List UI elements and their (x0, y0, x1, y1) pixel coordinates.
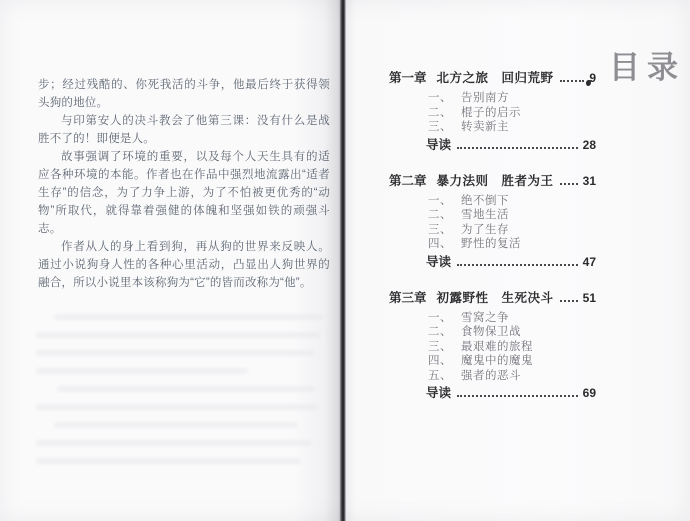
toc-chapter-heading: 第一章 北方之旅 回归荒野 9 (389, 71, 596, 86)
toc-items: 一、 告别南方 二、 棍子的启示 三、 转卖新主 (428, 91, 596, 135)
toc-items: 一、 雪窝之争 二、 食物保卫战 三、 最艰难的旅程 四、 魔鬼中的魔鬼 (428, 311, 596, 384)
item-number: 二、 (428, 208, 452, 223)
item-number: 二、 (428, 106, 452, 121)
toc-item: 四、 魔鬼中的魔鬼 (428, 354, 596, 369)
item-number: 三、 (428, 223, 452, 238)
item-number: 二、 (428, 325, 452, 340)
item-title: 告别南方 (461, 91, 509, 106)
guide-label: 导读 (426, 255, 451, 270)
toc-items: 一、 绝不倒下 二、 雪地生活 三、 为了生存 四、 野性的复活 (428, 194, 596, 252)
item-title: 雪地生活 (461, 208, 509, 223)
item-title: 最艰难的旅程 (461, 340, 533, 355)
dot-leader (457, 264, 578, 266)
right-page: 目录 第一章 北方之旅 回归荒野 9 一、 告别南方 二、 (346, 0, 690, 521)
item-number: 一、 (428, 91, 452, 106)
toc-guide-line: 导读 28 (426, 138, 596, 153)
dot-leader (457, 395, 578, 397)
toc-item: 二、 棍子的启示 (428, 106, 596, 121)
item-number: 一、 (428, 311, 452, 326)
chapter-title: 初露野性 生死决斗 (437, 291, 554, 306)
item-number: 三、 (428, 340, 452, 355)
toc-chapter-1: 第一章 北方之旅 回归荒野 9 一、 告别南方 二、 棍子的启示 三、 (389, 71, 596, 153)
toc-guide-line: 导读 69 (426, 386, 596, 401)
paragraph-4: 作者从人的身上看到狗，再从狗的世界来反映人。通过小说狗身人性的各种心里活动，凸显… (38, 238, 330, 292)
toc-item: 四、 野性的复活 (428, 237, 596, 252)
page-number: 69 (583, 386, 596, 401)
table-of-contents: 第一章 北方之旅 回归荒野 9 一、 告别南方 二、 棍子的启示 三、 (389, 71, 596, 422)
toc-item: 五、 强者的恶斗 (428, 369, 596, 384)
left-page: 步；经过残酷的、你死我活的斗争，他最后终于获得领头狗的地位。 与印第安人的决斗教… (0, 0, 341, 521)
item-title: 转卖新主 (461, 120, 509, 135)
bleed-through-ghost-text (36, 314, 330, 476)
toc-item: 三、 为了生存 (428, 223, 596, 238)
toc-chapter-heading: 第二章 暴力法则 胜者为王 31 (389, 174, 596, 189)
item-number: 四、 (428, 354, 452, 369)
item-title: 为了生存 (461, 223, 509, 238)
chapter-title: 北方之旅 回归荒野 (437, 71, 554, 86)
item-title: 棍子的启示 (461, 106, 521, 121)
item-title: 绝不倒下 (461, 194, 509, 209)
item-number: 三、 (428, 120, 452, 135)
paragraph-3: 故事强调了环境的重要，以及每个人天生具有的适应各种环境的本能。作者也在作品中强烈… (38, 148, 330, 238)
guide-label: 导读 (426, 138, 451, 153)
page-number: 47 (583, 255, 596, 270)
toc-chapter-2: 第二章 暴力法则 胜者为王 31 一、 绝不倒下 二、 雪地生活 三、 (389, 174, 596, 270)
item-title: 强者的恶斗 (461, 369, 521, 384)
dot-leader (560, 300, 578, 302)
item-number: 一、 (428, 194, 452, 209)
page-number: 51 (583, 291, 596, 306)
page-number: 28 (583, 138, 596, 153)
dot-leader (560, 80, 585, 82)
toc-item: 一、 雪窝之争 (428, 311, 596, 326)
paragraph-2: 与印第安人的决斗教会了他第三课：没有什么是战胜不了的！即便是人。 (38, 112, 330, 148)
toc-item: 二、 雪地生活 (428, 208, 596, 223)
guide-label: 导读 (426, 386, 451, 401)
paragraph-1: 步；经过残酷的、你死我活的斗争，他最后终于获得领头狗的地位。 (38, 76, 330, 112)
dot-leader (457, 147, 578, 149)
page-number: 31 (583, 174, 596, 189)
item-number: 五、 (428, 369, 452, 384)
toc-item: 一、 告别南方 (428, 91, 596, 106)
item-title: 野性的复活 (461, 237, 521, 252)
toc-guide-line: 导读 47 (426, 255, 596, 270)
toc-item: 三、 转卖新主 (428, 120, 596, 135)
toc-item: 二、 食物保卫战 (428, 325, 596, 340)
book-spread-scan: 步；经过残酷的、你死我活的斗争，他最后终于获得领头狗的地位。 与印第安人的决斗教… (0, 0, 690, 521)
chapter-label: 第二章 (389, 174, 427, 189)
left-page-text: 步；经过残酷的、你死我活的斗争，他最后终于获得领头狗的地位。 与印第安人的决斗教… (38, 76, 330, 292)
toc-item: 一、 绝不倒下 (428, 194, 596, 209)
chapter-label: 第一章 (389, 71, 427, 86)
toc-chapter-heading: 第三章 初露野性 生死决斗 51 (389, 291, 596, 306)
chapter-title: 暴力法则 胜者为王 (437, 174, 554, 189)
toc-item: 三、 最艰难的旅程 (428, 340, 596, 355)
page-number: 9 (589, 71, 596, 86)
item-title: 魔鬼中的魔鬼 (461, 354, 533, 369)
chapter-label: 第三章 (389, 291, 427, 306)
toc-title: 目录 (609, 42, 685, 87)
toc-chapter-3: 第三章 初露野性 生死决斗 51 一、 雪窝之争 二、 食物保卫战 三、 (389, 291, 596, 402)
item-number: 四、 (428, 237, 452, 252)
dot-leader (560, 183, 578, 185)
item-title: 雪窝之争 (461, 311, 509, 326)
item-title: 食物保卫战 (461, 325, 521, 340)
